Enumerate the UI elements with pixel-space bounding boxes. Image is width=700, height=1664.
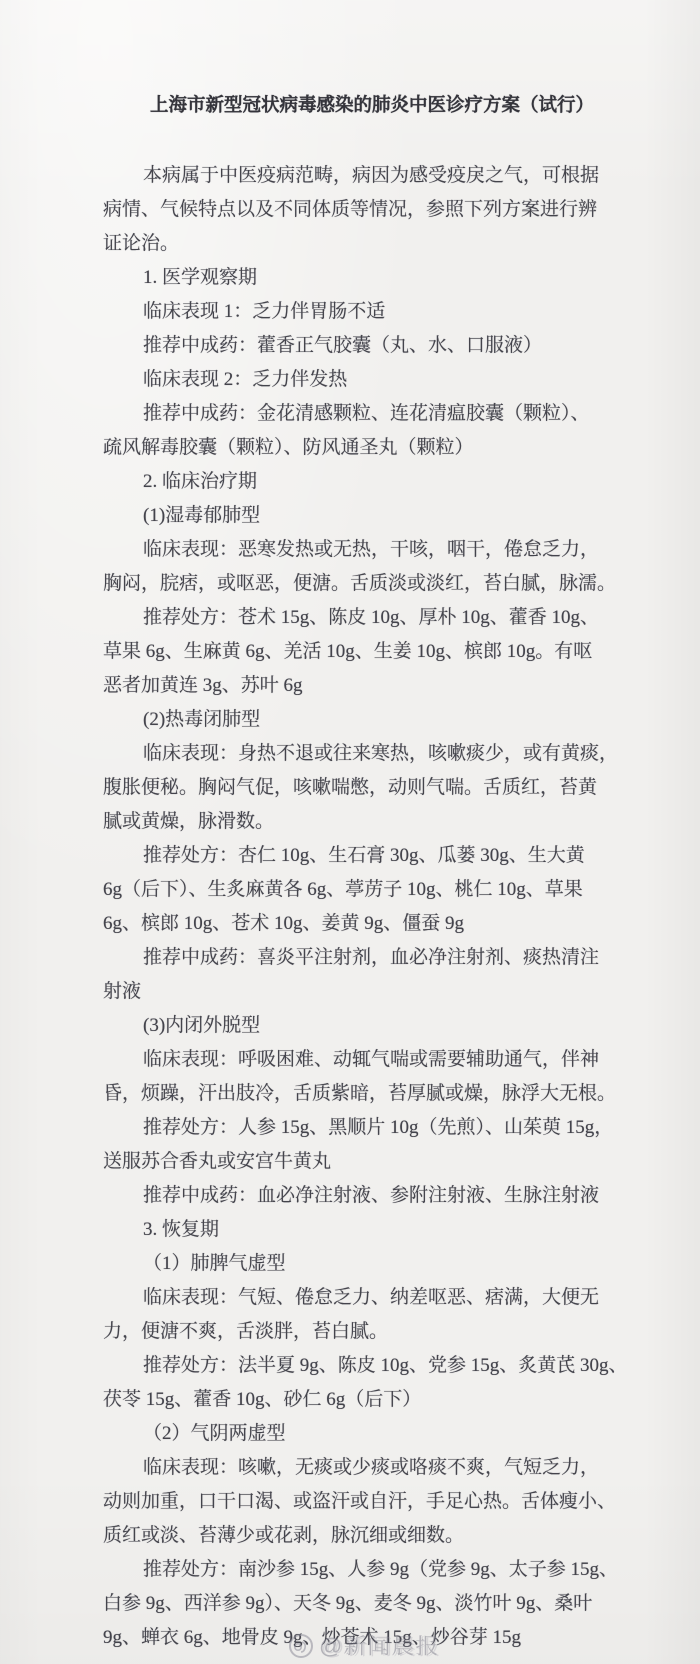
doc-line: 临床表现：恶寒发热或无热，干咳，咽干，倦怠乏力， — [103, 533, 615, 567]
doc-line: 临床表现 2：乏力伴发热 — [103, 363, 615, 397]
doc-line: 昏，烦躁，汗出肢冷，舌质紫暗，苔厚腻或燥，脉浮大无根。 — [103, 1077, 615, 1111]
doc-line: 推荐处方：苍术 15g、陈皮 10g、厚朴 10g、藿香 10g、 — [103, 601, 615, 635]
doc-line: 9g、蝉衣 6g、地骨皮 9g、炒苍术 15g、炒谷芽 15g — [103, 1621, 615, 1655]
doc-line: 恶者加黄连 3g、苏叶 6g — [103, 669, 615, 703]
doc-line: （1）肺脾气虚型 — [103, 1247, 615, 1281]
doc-line: (1)湿毒郁肺型 — [103, 499, 615, 533]
doc-line: 证论治。 — [103, 227, 615, 261]
doc-line: 3. 恢复期 — [103, 1213, 615, 1247]
doc-line: 推荐处方：南沙参 15g、人参 9g（党参 9g、太子参 15g、 — [103, 1553, 615, 1587]
doc-line: 推荐中成药：喜炎平注射剂，血必净注射剂、痰热清注 — [103, 941, 615, 975]
doc-line: 质红或淡、苔薄少或花剥，脉沉细或细数。 — [103, 1519, 615, 1553]
doc-line: 动则加重，口干口渴、或盗汗或自汗，手足心热。舌体瘦小、 — [103, 1485, 615, 1519]
doc-line: 射液 — [103, 975, 615, 1009]
doc-line: 推荐处方：杏仁 10g、生石膏 30g、瓜蒌 30g、生大黄 — [103, 839, 615, 873]
document-title: 上海市新型冠状病毒感染的肺炎中医诊疗方案（试行） — [150, 92, 594, 118]
scanned-document-page: 上海市新型冠状病毒感染的肺炎中医诊疗方案（试行） 本病属于中医疫病范畴，病因为感… — [0, 0, 700, 1664]
doc-line: 临床表现：身热不退或往来寒热，咳嗽痰少，或有黄痰， — [103, 737, 615, 771]
doc-line: 推荐中成药：藿香正气胶囊（丸、水、口服液） — [103, 329, 615, 363]
doc-line: 白参 9g、西洋参 9g）、天冬 9g、麦冬 9g、淡竹叶 9g、桑叶 — [103, 1587, 615, 1621]
doc-line: 腻或黄燥，脉滑数。 — [103, 805, 615, 839]
doc-line: 病情、气候特点以及不同体质等情况，参照下列方案进行辨 — [103, 193, 615, 227]
doc-line: (3)内闭外脱型 — [103, 1009, 615, 1043]
doc-line: 胸闷，脘痞，或呕恶，便溏。舌质淡或淡红，苔白腻，脉濡。 — [103, 567, 615, 601]
doc-line: 推荐中成药：血必净注射液、参附注射液、生脉注射液 — [103, 1179, 615, 1213]
doc-line: 6g（后下）、生炙麻黄各 6g、葶苈子 10g、桃仁 10g、草果 — [103, 873, 615, 907]
doc-line: 临床表现 1：乏力伴胃肠不适 — [103, 295, 615, 329]
doc-line: 疏风解毒胶囊（颗粒）、防风通圣丸（颗粒） — [103, 431, 615, 465]
doc-line: 茯苓 15g、藿香 10g、砂仁 6g（后下） — [103, 1383, 615, 1417]
doc-line: 本病属于中医疫病范畴，病因为感受疫戾之气，可根据 — [103, 159, 615, 193]
doc-line: 腹胀便秘。胸闷气促，咳嗽喘憋，动则气喘。舌质红，苔黄 — [103, 771, 615, 805]
doc-line: 力，便溏不爽，舌淡胖，苔白腻。 — [103, 1315, 615, 1349]
doc-line: 临床表现：呼吸困难、动辄气喘或需要辅助通气，伴神 — [103, 1043, 615, 1077]
doc-line: 临床表现：咳嗽，无痰或少痰或咯痰不爽，气短乏力， — [103, 1451, 615, 1485]
doc-line: 1. 医学观察期 — [103, 261, 615, 295]
doc-line: 推荐处方：法半夏 9g、陈皮 10g、党参 15g、炙黄芪 30g、 — [103, 1349, 615, 1383]
doc-line: 送服苏合香丸或安宫牛黄丸 — [103, 1145, 615, 1179]
doc-line: 推荐处方：人参 15g、黑顺片 10g（先煎）、山茱萸 15g， — [103, 1111, 615, 1145]
doc-line: (2)热毒闭肺型 — [103, 703, 615, 737]
doc-line: 2. 临床治疗期 — [103, 465, 615, 499]
doc-line: （2）气阴两虚型 — [103, 1417, 615, 1451]
doc-line: 推荐中成药：金花清感颗粒、连花清瘟胶囊（颗粒）、 — [103, 397, 615, 431]
doc-line: 临床表现：气短、倦怠乏力、纳差呕恶、痞满，大便无 — [103, 1281, 615, 1315]
doc-line: 6g、槟郎 10g、苍术 10g、姜黄 9g、僵蚕 9g — [103, 907, 615, 941]
document-body: 本病属于中医疫病范畴，病因为感受疫戾之气，可根据病情、气候特点以及不同体质等情况… — [103, 159, 615, 1655]
doc-line: 草果 6g、生麻黄 6g、羌活 10g、生姜 10g、槟郎 10g。有呕 — [103, 635, 615, 669]
